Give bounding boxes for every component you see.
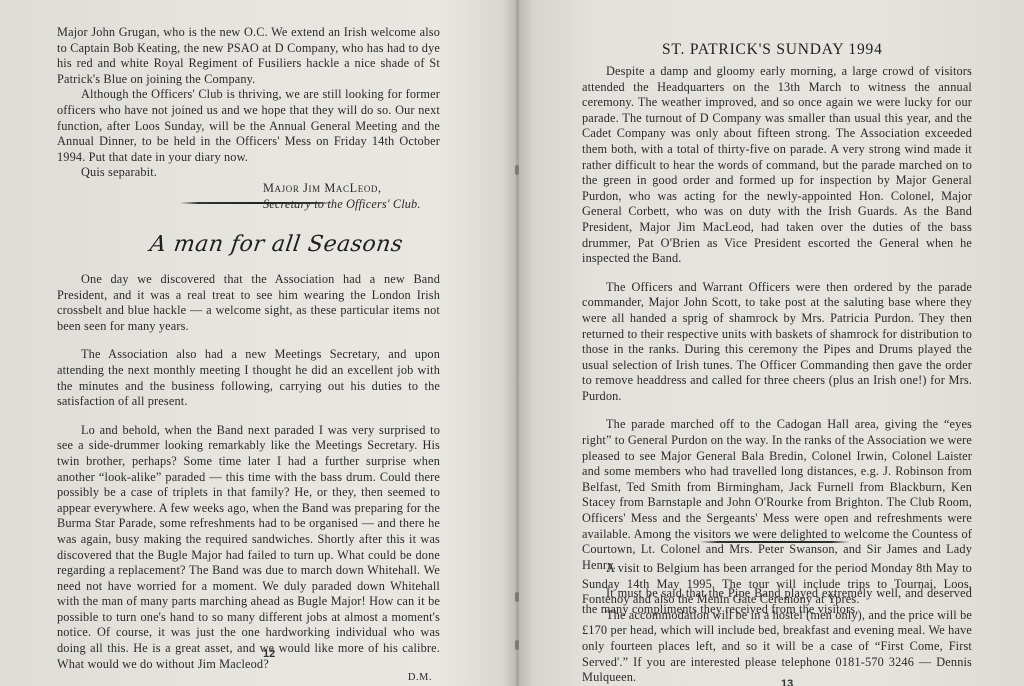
author-initials: D.M. xyxy=(57,670,440,686)
signature-block: Major Jim MacLeod, Secretary to the Offi… xyxy=(57,181,440,212)
motto: Quis separabit. xyxy=(57,165,440,181)
signature-name: Major Jim MacLeod, xyxy=(263,181,440,197)
belgium-notice: A visit to Belgium has been arranged for… xyxy=(582,561,972,686)
section-divider xyxy=(180,202,334,204)
section-divider xyxy=(700,541,850,543)
left-page-top-column: Major John Grugan, who is the new O.C. W… xyxy=(57,25,440,212)
article-body: One day we discovered that the Associati… xyxy=(57,272,440,686)
signature-title: Secretary to the Officers' Club. xyxy=(263,197,440,213)
left-page: Major John Grugan, who is the new O.C. W… xyxy=(0,0,518,686)
article-heading: ST. PATRICK'S SUNDAY 1994 xyxy=(662,41,883,59)
notice-paragraph: A visit to Belgium has been arranged for… xyxy=(582,561,972,608)
staple xyxy=(515,640,519,650)
article-paragraph: One day we discovered that the Associati… xyxy=(57,272,440,334)
booklet-spread: Major John Grugan, who is the new O.C. W… xyxy=(0,0,1024,686)
page-number: 12 xyxy=(263,648,275,660)
right-page-body: Despite a damp and gloomy early morning,… xyxy=(582,64,972,618)
article-paragraph: The Officers and Warrant Officers were t… xyxy=(582,280,972,405)
intro-paragraph: Although the Officers' Club is thriving,… xyxy=(57,87,440,165)
staple xyxy=(515,592,519,602)
notice-paragraph: The accommodation will be in a hostel (m… xyxy=(582,608,972,686)
article-paragraph: The parade marched off to the Cadogan Ha… xyxy=(582,417,972,573)
article-paragraph: Despite a damp and gloomy early morning,… xyxy=(582,64,972,267)
article-paragraph: Lo and behold, when the Band next parade… xyxy=(57,423,440,673)
article-title: A man for all Seasons xyxy=(148,232,404,257)
article-paragraph: The Association also had a new Meetings … xyxy=(57,347,440,409)
intro-paragraph: Major John Grugan, who is the new O.C. W… xyxy=(57,25,440,87)
binding-gutter xyxy=(516,0,519,686)
staple xyxy=(515,165,519,175)
